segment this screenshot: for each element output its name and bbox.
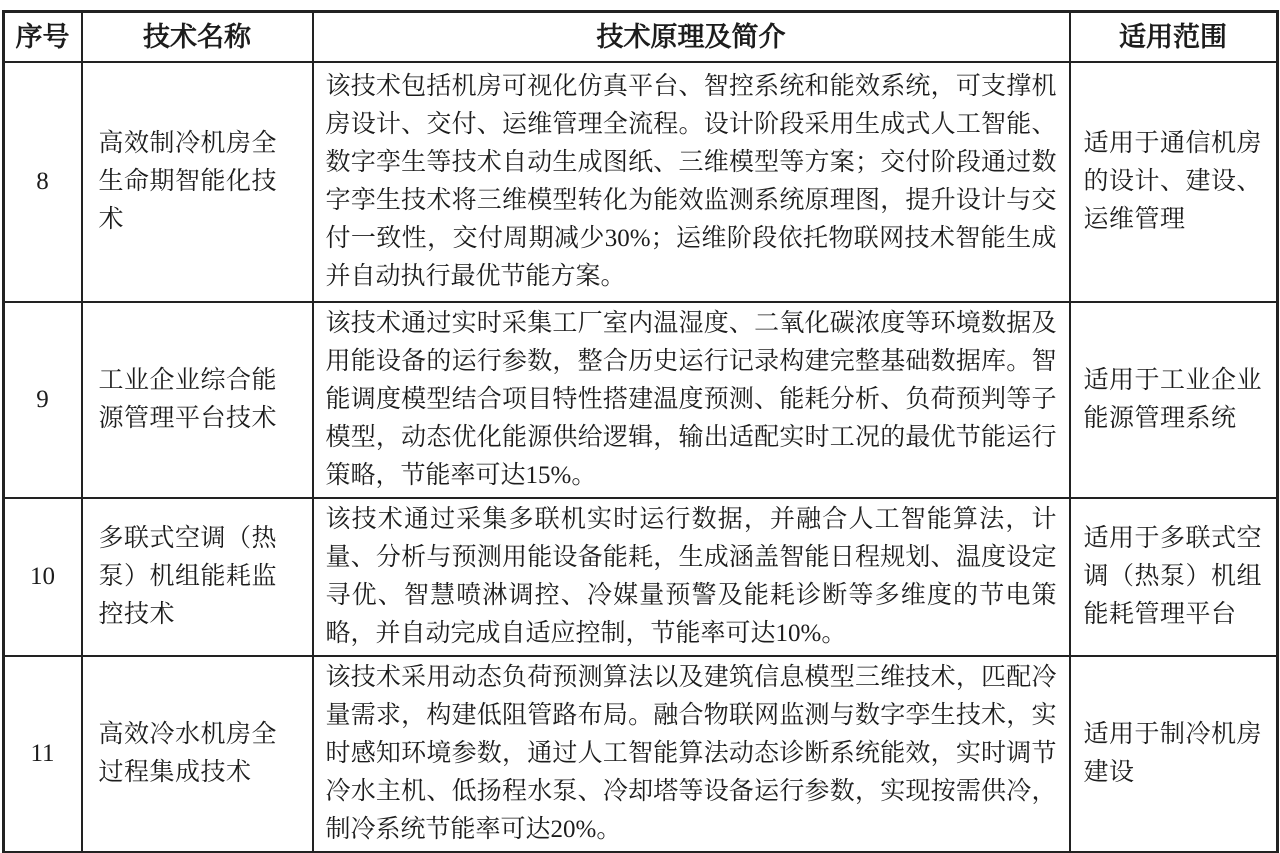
table-row: 10 多联式空调（热泵）机组能耗监控技术 该技术通过采集多联机实时运行数据，并融…	[3, 498, 1277, 656]
header-col-number: 序号	[3, 12, 82, 62]
scope-cell: 适用于通信机房的设计、建设、运维管理	[1070, 62, 1278, 302]
tech-name-cell: 高效制冷机房全生命期智能化技术	[82, 62, 313, 302]
row-number-cell: 11	[3, 656, 82, 853]
table-row: 9 工业企业综合能源管理平台技术 该技术通过实时采集工厂室内温湿度、二氧化碳浓度…	[3, 302, 1277, 498]
scope-cell: 适用于制冷机房建设	[1070, 656, 1278, 853]
row-number-cell: 8	[3, 62, 82, 302]
table-row: 11 高效冷水机房全过程集成技术 该技术采用动态负荷预测算法以及建筑信息模型三维…	[3, 656, 1277, 853]
tech-name-cell: 高效冷水机房全过程集成技术	[82, 656, 313, 853]
table-header-row: 序号 技术名称 技术原理及简介 适用范围	[3, 12, 1277, 62]
tech-desc-cell: 该技术采用动态负荷预测算法以及建筑信息模型三维技术，匹配冷量需求，构建低阻管路布…	[313, 656, 1070, 853]
scope-cell: 适用于工业企业能源管理系统	[1070, 302, 1278, 498]
technology-table: 序号 技术名称 技术原理及简介 适用范围 8 高效制冷机房全生命期智能化技术 该…	[2, 10, 1279, 853]
tech-name-cell: 工业企业综合能源管理平台技术	[82, 302, 313, 498]
table-row: 8 高效制冷机房全生命期智能化技术 该技术包括机房可视化仿真平台、智控系统和能效…	[3, 62, 1277, 302]
header-col-name: 技术名称	[82, 12, 313, 62]
header-col-desc: 技术原理及简介	[313, 12, 1070, 62]
row-number-cell: 10	[3, 498, 82, 656]
header-col-scope: 适用范围	[1070, 12, 1278, 62]
tech-desc-cell: 该技术通过实时采集工厂室内温湿度、二氧化碳浓度等环境数据及用能设备的运行参数，整…	[313, 302, 1070, 498]
row-number-cell: 9	[3, 302, 82, 498]
tech-name-cell: 多联式空调（热泵）机组能耗监控技术	[82, 498, 313, 656]
scope-cell: 适用于多联式空调（热泵）机组能耗管理平台	[1070, 498, 1278, 656]
tech-desc-cell: 该技术包括机房可视化仿真平台、智控系统和能效系统，可支撑机房设计、交付、运维管理…	[313, 62, 1070, 302]
tech-desc-cell: 该技术通过采集多联机实时运行数据，并融合人工智能算法，计量、分析与预测用能设备能…	[313, 498, 1070, 656]
